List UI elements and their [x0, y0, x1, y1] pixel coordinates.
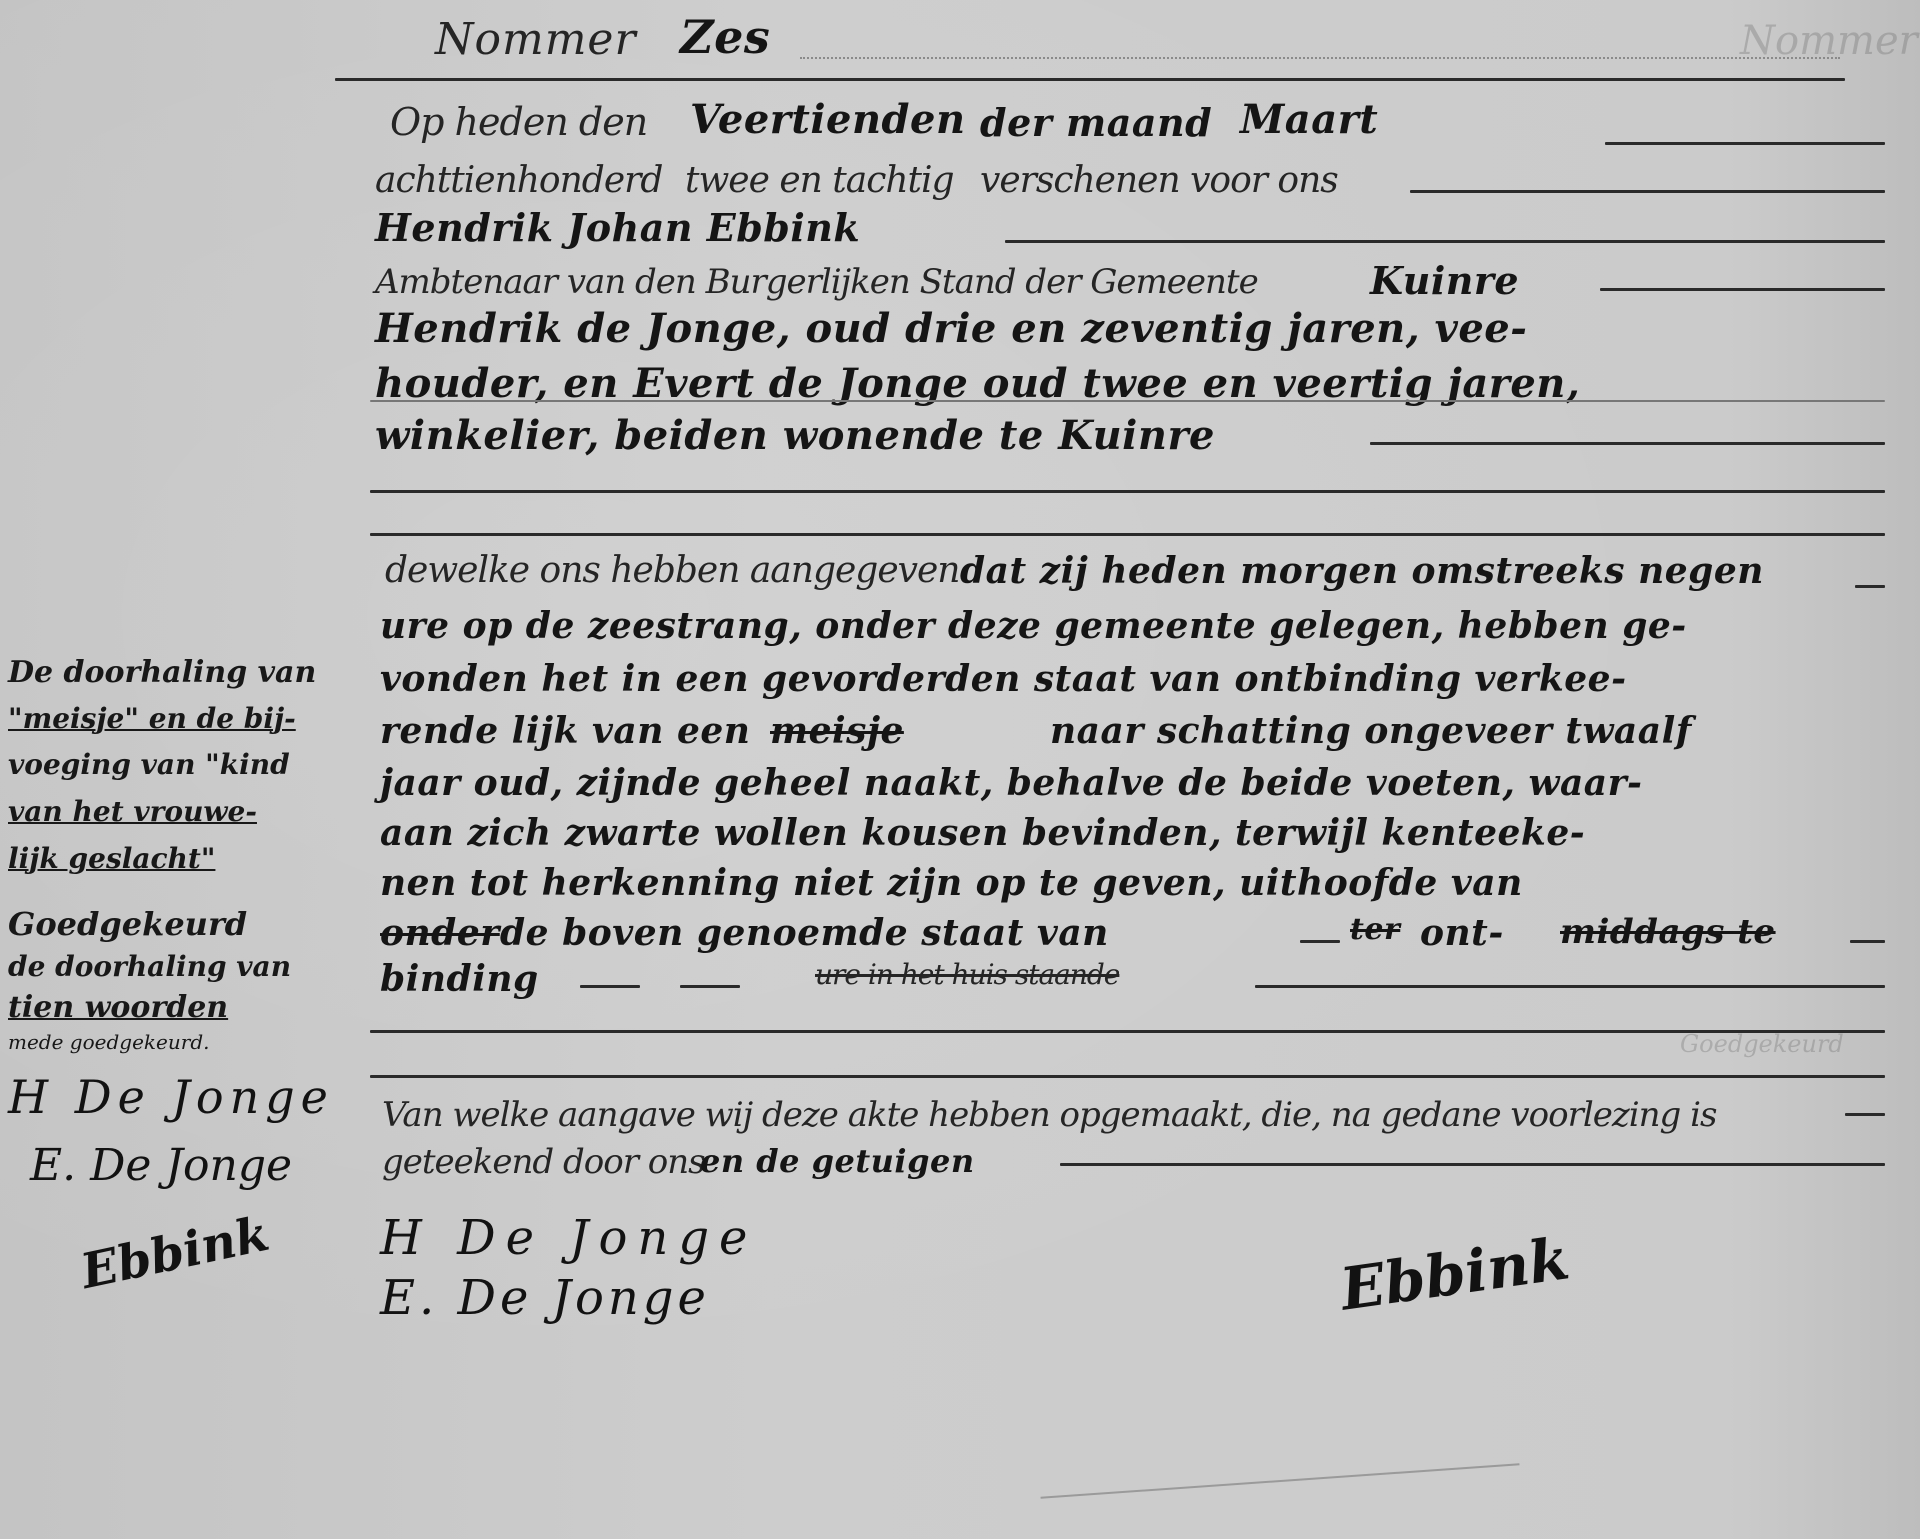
declaration-line-7: nen tot herkenning niet zijn op te geven…	[380, 862, 1523, 904]
opening-printed-1: Op heden den	[390, 100, 647, 144]
official-signature-ebbink: Ebbink	[1336, 1224, 1573, 1323]
ghost-text-right: Goedgekeurd	[1680, 1030, 1844, 1058]
rule-blank-4	[370, 1075, 1885, 1078]
opening-month: Maart	[1240, 96, 1378, 143]
rule-line2	[1410, 190, 1885, 193]
closing-printed-2: geteekend door ons	[382, 1142, 705, 1182]
declaration-line-8: de boven genoemde staat van	[500, 912, 1109, 954]
rule-decl-8b	[1850, 940, 1885, 943]
rule-closing-1	[1845, 1113, 1885, 1116]
official-name: Hendrik Johan Ebbink	[375, 205, 860, 250]
margin-signature-ebbink: Ebbink	[76, 1206, 274, 1300]
witness-signature-e-de-jonge: E. De Jonge	[380, 1270, 710, 1326]
margin-note-line-3: voeging van "kind	[8, 748, 290, 781]
rule-line1	[1605, 142, 1885, 145]
document-page: Nommer Goedgekeurd Nommer Zes Op heden d…	[0, 0, 1920, 1539]
rule-decl-9c	[1255, 985, 1885, 988]
header-rule	[335, 78, 1845, 81]
header-label: Nommer	[435, 14, 637, 65]
declaration-line-2: ure op de zeestrang, onder deze gemeente…	[380, 605, 1687, 647]
rule-decl-9a	[580, 985, 640, 988]
rule-line3	[1005, 240, 1885, 243]
opening-printed-4: Ambtenaar van den Burgerlijken Stand der…	[375, 262, 1258, 302]
margin-note-line-1: De doorhaling van	[8, 655, 316, 690]
witness-signature-h-de-jonge: H De Jonge	[380, 1210, 757, 1266]
declaration-printed: dewelke ons hebben aangegeven	[385, 550, 959, 591]
witness-line-1: Hendrik de Jonge, oud drie en zeventig j…	[375, 305, 1527, 352]
approval-line-4: mede goedgekeurd.	[8, 1030, 209, 1054]
rule-witness-3	[1370, 442, 1885, 445]
declaration-line-3: vonden het in een gevorderden staat van …	[380, 658, 1627, 700]
rule-closing-2	[1060, 1163, 1885, 1166]
struck-word-ter: ter	[1350, 912, 1400, 947]
declaration-line-6: aan zich zwarte wollen kousen bevinden, …	[380, 812, 1585, 854]
witness-line-3: winkelier, beiden wonende te Kuinre	[375, 412, 1215, 459]
declaration-line-4: rende lijk van een	[380, 710, 750, 752]
baseline-witness-2	[370, 400, 1885, 402]
rule-blank-1	[370, 490, 1885, 493]
margin-signature-h-de-jonge: H De Jonge	[8, 1070, 334, 1124]
closing-hand-2: en de getuigen	[700, 1142, 975, 1180]
approval-line-3: tien woorden	[8, 990, 228, 1025]
declaration-line-5: jaar oud, zijnde geheel naakt, behalve d…	[380, 762, 1643, 804]
opening-der-maand: der maand	[980, 100, 1212, 145]
struck-phrase-ure: ure in het huis staande	[815, 958, 1119, 991]
rule-decl-8a	[1300, 940, 1340, 943]
approval-line-2: de doorhaling van	[8, 950, 291, 983]
declaration-line-9: binding	[380, 958, 539, 1000]
closing-line-1: Van welke aangave wij deze akte hebben o…	[382, 1095, 1716, 1135]
declaration-ont: ont-	[1420, 912, 1504, 954]
opening-day: Veertienden	[690, 96, 966, 143]
margin-note-line-5: lijk geslacht"	[8, 842, 215, 875]
rule-decl-9b	[680, 985, 740, 988]
header-number: Zes	[680, 10, 770, 64]
margin-signature-e-de-jonge: E. De Jonge	[30, 1140, 292, 1191]
struck-word-onder: onder	[380, 912, 500, 954]
struck-word-middags: middags te	[1560, 912, 1776, 952]
rule-line4	[1600, 288, 1885, 291]
opening-printed-2b: verschenen voor ons	[980, 160, 1338, 201]
opening-printed-2a: achttienhonderd	[375, 160, 662, 201]
declaration-line-1: dat zij heden morgen omstreeks negen	[960, 550, 1764, 592]
margin-note-line-2: "meisje" en de bij-	[8, 702, 296, 735]
rule-blank-3	[370, 1030, 1885, 1033]
rule-blank-2	[370, 533, 1885, 536]
faint-stroke	[1041, 1463, 1520, 1498]
approval-line-1: Goedgekeurd	[8, 905, 247, 943]
header-dotted-line	[800, 57, 1840, 59]
opening-year: twee en tachtig	[685, 160, 954, 201]
municipality: Kuinre	[1370, 258, 1519, 303]
declaration-line-4-rest: naar schatting ongeveer twaalf	[1050, 710, 1692, 752]
margin-note-line-4: van het vrouwe-	[8, 795, 257, 828]
struck-word-meisje: meisje	[770, 710, 904, 752]
rule-decl-1	[1855, 585, 1885, 588]
